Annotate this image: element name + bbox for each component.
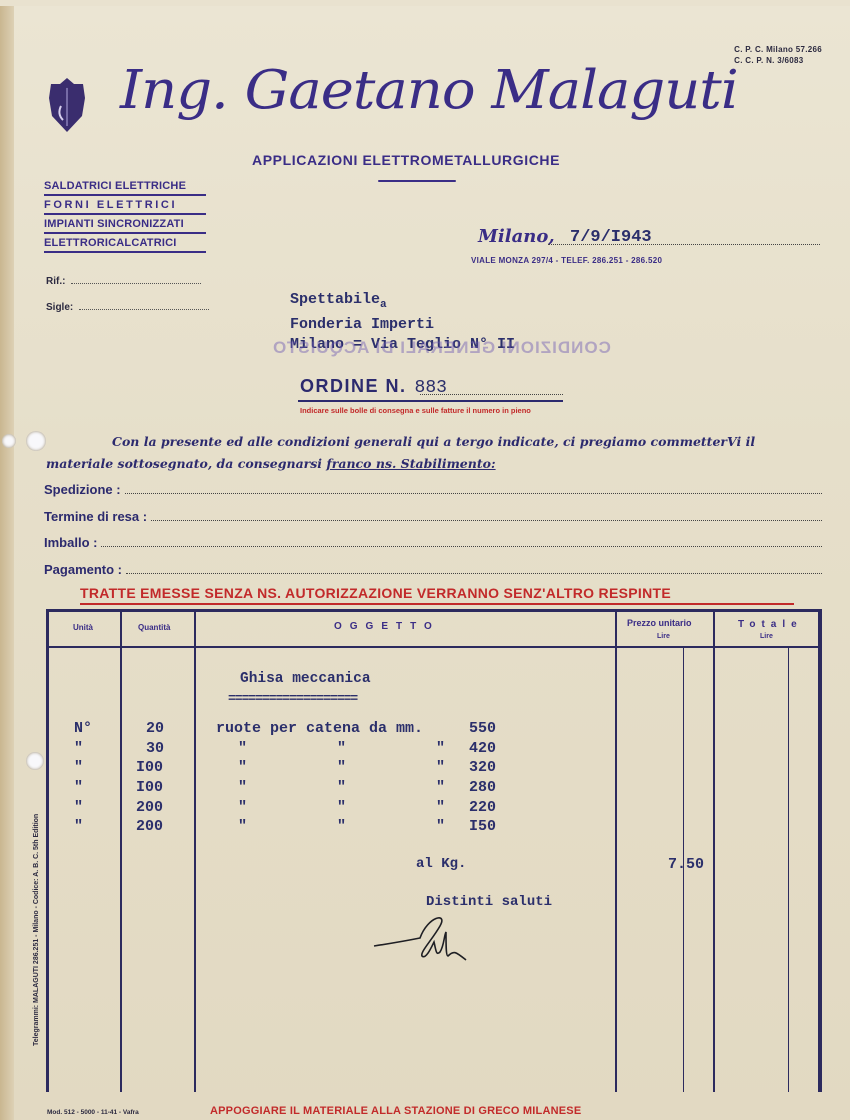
table-row: " 30 " " " 420 <box>0 740 850 760</box>
date: 7/9/I943 <box>570 228 652 247</box>
place: Milano, <box>478 226 555 247</box>
order-table <box>46 609 822 1092</box>
divider <box>378 180 456 182</box>
product-line: FORNI ELETTRICI <box>44 198 206 215</box>
item-title: Ghisa meccanica <box>240 671 371 687</box>
sigle-label: Sigle: <box>46 302 73 313</box>
column-divider <box>194 609 196 1092</box>
ref-input-line[interactable] <box>71 283 201 284</box>
header-unita: Unità <box>73 623 93 632</box>
column-divider <box>120 609 122 1092</box>
postal-accounts: C. P. C. Milano 57.266 C. C. P. N. 3/608… <box>734 44 822 66</box>
ccp-number: C. C. P. N. 3/6083 <box>734 55 822 66</box>
column-divider <box>713 609 715 1092</box>
header-oggetto: OGGETTO <box>334 621 440 632</box>
price-basis: al Kg. <box>416 856 466 872</box>
sigle-field[interactable]: Sigle: <box>46 302 209 313</box>
header-divider <box>46 646 822 648</box>
table-row: N° 20 ruote per catena da mm. 550 <box>0 720 850 740</box>
pagamento-field[interactable]: Pagamento : <box>44 562 822 577</box>
recipient-line: Spettabilea <box>290 290 515 315</box>
letterhead-page: C. P. C. Milano 57.266 C. C. P. N. 3/608… <box>0 6 850 1120</box>
intro-paragraph: Con la presente ed alle condizioni gener… <box>46 431 836 475</box>
punch-hole <box>2 434 16 448</box>
form-code: Mod. 512 - 5000 - 11-41 - Vafra <box>47 1109 139 1116</box>
order-underline <box>298 400 563 402</box>
column-divider <box>615 609 617 1092</box>
cpc-number: C. P. C. Milano 57.266 <box>734 44 822 55</box>
ref-label: Rif.: <box>46 276 65 287</box>
column-divider <box>818 609 821 1092</box>
imballo-field[interactable]: Imballo : <box>44 535 822 550</box>
order-label: ORDINE N. <box>300 376 407 396</box>
sigle-input-line[interactable] <box>79 309 209 310</box>
intro-line: Con la presente ed alle condizioni gener… <box>46 431 836 453</box>
company-name: Ing. Gaetano Malaguti <box>120 60 738 122</box>
unit-price: 7.50 <box>668 856 704 873</box>
warning-underline <box>80 603 794 605</box>
order-note: Indicare sulle bolle di consegna e sulle… <box>300 406 531 415</box>
side-telegram-text: Telegrammi: MALAGUTI 286.251 - Milano - … <box>33 814 40 1046</box>
header-quantita: Quantità <box>138 623 170 632</box>
column-divider <box>788 646 789 1092</box>
product-line: SALDATRICI ELETTRICHE <box>44 179 206 196</box>
ref-field[interactable]: Rif.: <box>46 276 201 287</box>
product-line: ELETTRORICALCATRICI <box>44 236 206 253</box>
company-address: VIALE MONZA 297/4 - TELEF. 286.251 - 286… <box>471 256 662 265</box>
order-dotted-line <box>420 394 563 395</box>
footer-notice: APPOGGIARE IL MATERIALE ALLA STAZIONE DI… <box>210 1105 581 1117</box>
order-number-value: 883 <box>415 378 447 398</box>
table-row: " 200 " " " I50 <box>0 818 850 838</box>
spedizione-field[interactable]: Spedizione : <box>44 482 822 497</box>
signature-icon <box>370 906 490 976</box>
company-subtitle: APPLICAZIONI ELETTROMETALLURGICHE <box>252 152 560 168</box>
table-row: " I00 " " " 320 <box>0 759 850 779</box>
product-lines: SALDATRICI ELETTRICHE FORNI ELETTRICI IM… <box>44 179 206 255</box>
table-row: " 200 " " " 220 <box>0 799 850 819</box>
warning-notice: TRATTE EMESSE SENZA NS. AUTORIZZAZIONE V… <box>80 585 671 601</box>
header-totale-lire: Lire <box>760 633 773 640</box>
header-totale: Totale <box>738 619 803 630</box>
punch-hole <box>26 431 46 451</box>
item-title-underline: =================== <box>228 691 357 706</box>
product-line: IMPIANTI SINCRONIZZATI <box>44 217 206 234</box>
table-row: " I00 " " " 280 <box>0 779 850 799</box>
crest-shield-icon <box>47 76 87 136</box>
recipient-line: Fonderia Imperti <box>290 315 515 335</box>
header-prezzo-lire: Lire <box>657 633 670 640</box>
intro-line: materiale sottosegnato, da consegnarsi f… <box>46 453 836 475</box>
delivery-terms: franco ns. Stabilimento: <box>326 456 495 471</box>
header-prezzo: Prezzo unitario <box>627 618 692 628</box>
termine-resa-field[interactable]: Termine di resa : <box>44 509 822 524</box>
show-through-heading: CONDIZIONI GENERALI DI ACQUISTO <box>272 338 611 358</box>
